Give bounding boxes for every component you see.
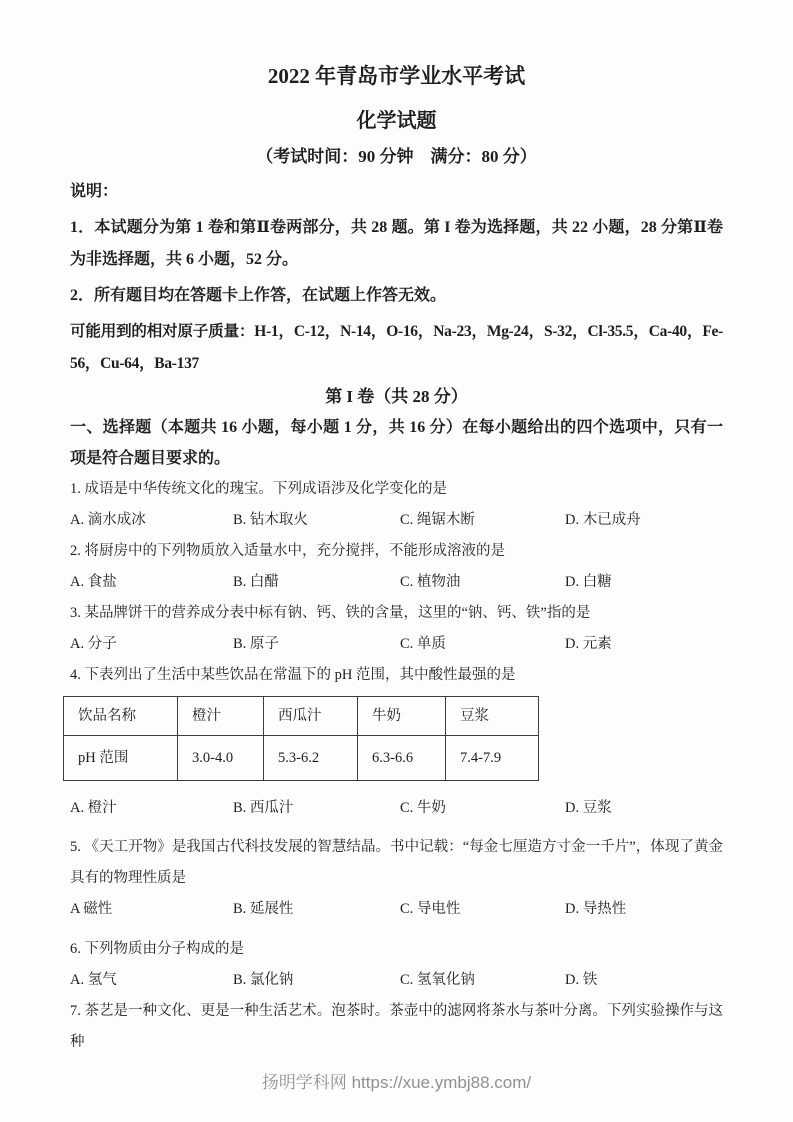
question-1-option-c: C. 绳锯木断 [400,505,565,536]
question-1-option-a: A. 滴水成冰 [70,505,233,536]
question-6-option-b: B. 氯化钠 [233,965,400,996]
ph-table-value-cell: 5.3-6.2 [264,736,358,781]
question-1-options: A. 滴水成冰 B. 钻木取火 C. 绳锯木断 D. 木已成舟 [70,505,723,536]
question-1-stem: 1. 成语是中华传统文化的瑰宝。下列成语涉及化学变化的是 [70,474,723,505]
question-3-option-b: B. 原子 [233,629,400,660]
ph-table-header-cell: 牛奶 [358,697,446,736]
exam-paper-page: 2022 年青岛市学业水平考试 化学试题 （考试时间：90 分钟 满分：80 分… [0,0,793,1122]
question-4-option-a: A. 橙汁 [70,793,233,824]
section-1-heading: 第 I 卷（共 28 分） [70,382,723,412]
ph-table-header-cell: 橙汁 [178,697,264,736]
question-4-option-b: B. 西瓜汁 [233,793,400,824]
question-3: 3. 某品牌饼干的营养成分表中标有钠、钙、铁的含量，这里的“钠、钙、铁”指的是 … [70,598,723,660]
question-5-stem: 5. 《天工开物》是我国古代科技发展的智慧结晶。书中记载：“每金七厘造方寸金一千… [70,832,723,894]
question-5-option-d: D. 导热性 [565,894,723,925]
question-4-options: A. 橙汁 B. 西瓜汁 C. 牛奶 D. 豆浆 [70,793,723,824]
question-5-option-a: A 磁性 [70,894,233,925]
question-1-option-b: B. 钻木取火 [233,505,400,536]
question-6-option-d: D. 铁 [565,965,723,996]
question-2-stem: 2. 将厨房中的下列物质放入适量水中，充分搅拌，不能形成溶液的是 [70,536,723,567]
question-4-option-d: D. 豆浆 [565,793,723,824]
ph-table-value-row: pH 范围 3.0-4.0 5.3-6.2 6.3-6.6 7.4-7.9 [64,736,539,781]
ph-table-value-cell: 3.0-4.0 [178,736,264,781]
question-3-option-d: D. 元素 [565,629,723,660]
ph-table-value-cell: 6.3-6.6 [358,736,446,781]
section-1-intro: 一、选择题（本题共 16 小题，每小题 1 分，共 16 分）在每小题给出的四个… [70,412,723,474]
question-4: 4. 下表列出了生活中某些饮品在常温下的 pH 范围，其中酸性最强的是 饮品名称… [70,660,723,824]
question-1-option-d: D. 木已成舟 [565,505,723,536]
question-5: 5. 《天工开物》是我国古代科技发展的智慧结晶。书中记载：“每金七厘造方寸金一千… [70,832,723,925]
ph-table-header-cell: 西瓜汁 [264,697,358,736]
question-2-option-d: D. 白糖 [565,567,723,598]
instructions-heading: 说明： [70,176,723,208]
question-2-options: A. 食盐 B. 白醋 C. 植物油 D. 白糖 [70,567,723,598]
question-2-option-a: A. 食盐 [70,567,233,598]
question-3-options: A. 分子 B. 原子 C. 单质 D. 元素 [70,629,723,660]
question-5-options: A 磁性 B. 延展性 C. 导电性 D. 导热性 [70,894,723,925]
exam-meta-info: （考试时间：90 分钟 满分：80 分） [70,142,723,172]
ph-table-header-cell: 豆浆 [446,697,539,736]
question-1: 1. 成语是中华传统文化的瑰宝。下列成语涉及化学变化的是 A. 滴水成冰 B. … [70,474,723,536]
question-5-option-b: B. 延展性 [233,894,400,925]
question-6-options: A. 氢气 B. 氯化钠 C. 氢氧化钠 D. 铁 [70,965,723,996]
footer-watermark: 扬明学科网 https://xue.ymbj88.com/ [0,1068,793,1093]
question-5-option-c: C. 导电性 [400,894,565,925]
doc-subtitle: 化学试题 [70,106,723,136]
question-3-option-c: C. 单质 [400,629,565,660]
question-2-option-c: C. 植物油 [400,567,565,598]
question-6-stem: 6. 下列物质由分子构成的是 [70,934,723,965]
question-7: 7. 茶艺是一种文化、更是一种生活艺术。泡茶时。茶壶中的滤网将茶水与茶叶分离。下… [70,996,723,1058]
ph-table-value-cell: 7.4-7.9 [446,736,539,781]
instruction-item-1: 1．本试题分为第 1 卷和第Ⅱ卷两部分，共 28 题。第 I 卷为选择题，共 2… [70,212,723,276]
question-4-stem: 4. 下表列出了生活中某些饮品在常温下的 pH 范围，其中酸性最强的是 [70,660,723,691]
ph-table-header-cell: 饮品名称 [64,697,178,736]
question-3-option-a: A. 分子 [70,629,233,660]
question-3-stem: 3. 某品牌饼干的营养成分表中标有钠、钙、铁的含量，这里的“钠、钙、铁”指的是 [70,598,723,629]
ph-table: 饮品名称 橙汁 西瓜汁 牛奶 豆浆 pH 范围 3.0-4.0 5.3-6.2 … [63,696,539,781]
atomic-masses-note: 可能用到的相对原子质量：H-1，C-12，N-14，O-16，Na-23，Mg-… [70,316,723,380]
page-content: 2022 年青岛市学业水平考试 化学试题 （考试时间：90 分钟 满分：80 分… [70,60,723,1058]
question-7-stem: 7. 茶艺是一种文化、更是一种生活艺术。泡茶时。茶壶中的滤网将茶水与茶叶分离。下… [70,996,723,1058]
question-2-option-b: B. 白醋 [233,567,400,598]
ph-table-row-label: pH 范围 [64,736,178,781]
question-6: 6. 下列物质由分子构成的是 A. 氢气 B. 氯化钠 C. 氢氧化钠 D. 铁 [70,934,723,996]
question-2: 2. 将厨房中的下列物质放入适量水中，充分搅拌，不能形成溶液的是 A. 食盐 B… [70,536,723,598]
page-title: 2022 年青岛市学业水平考试 [70,60,723,92]
ph-table-header-row: 饮品名称 橙汁 西瓜汁 牛奶 豆浆 [64,697,539,736]
question-4-option-c: C. 牛奶 [400,793,565,824]
question-6-option-a: A. 氢气 [70,965,233,996]
instruction-item-2: 2．所有题目均在答题卡上作答，在试题上作答无效。 [70,280,723,312]
question-6-option-c: C. 氢氧化钠 [400,965,565,996]
